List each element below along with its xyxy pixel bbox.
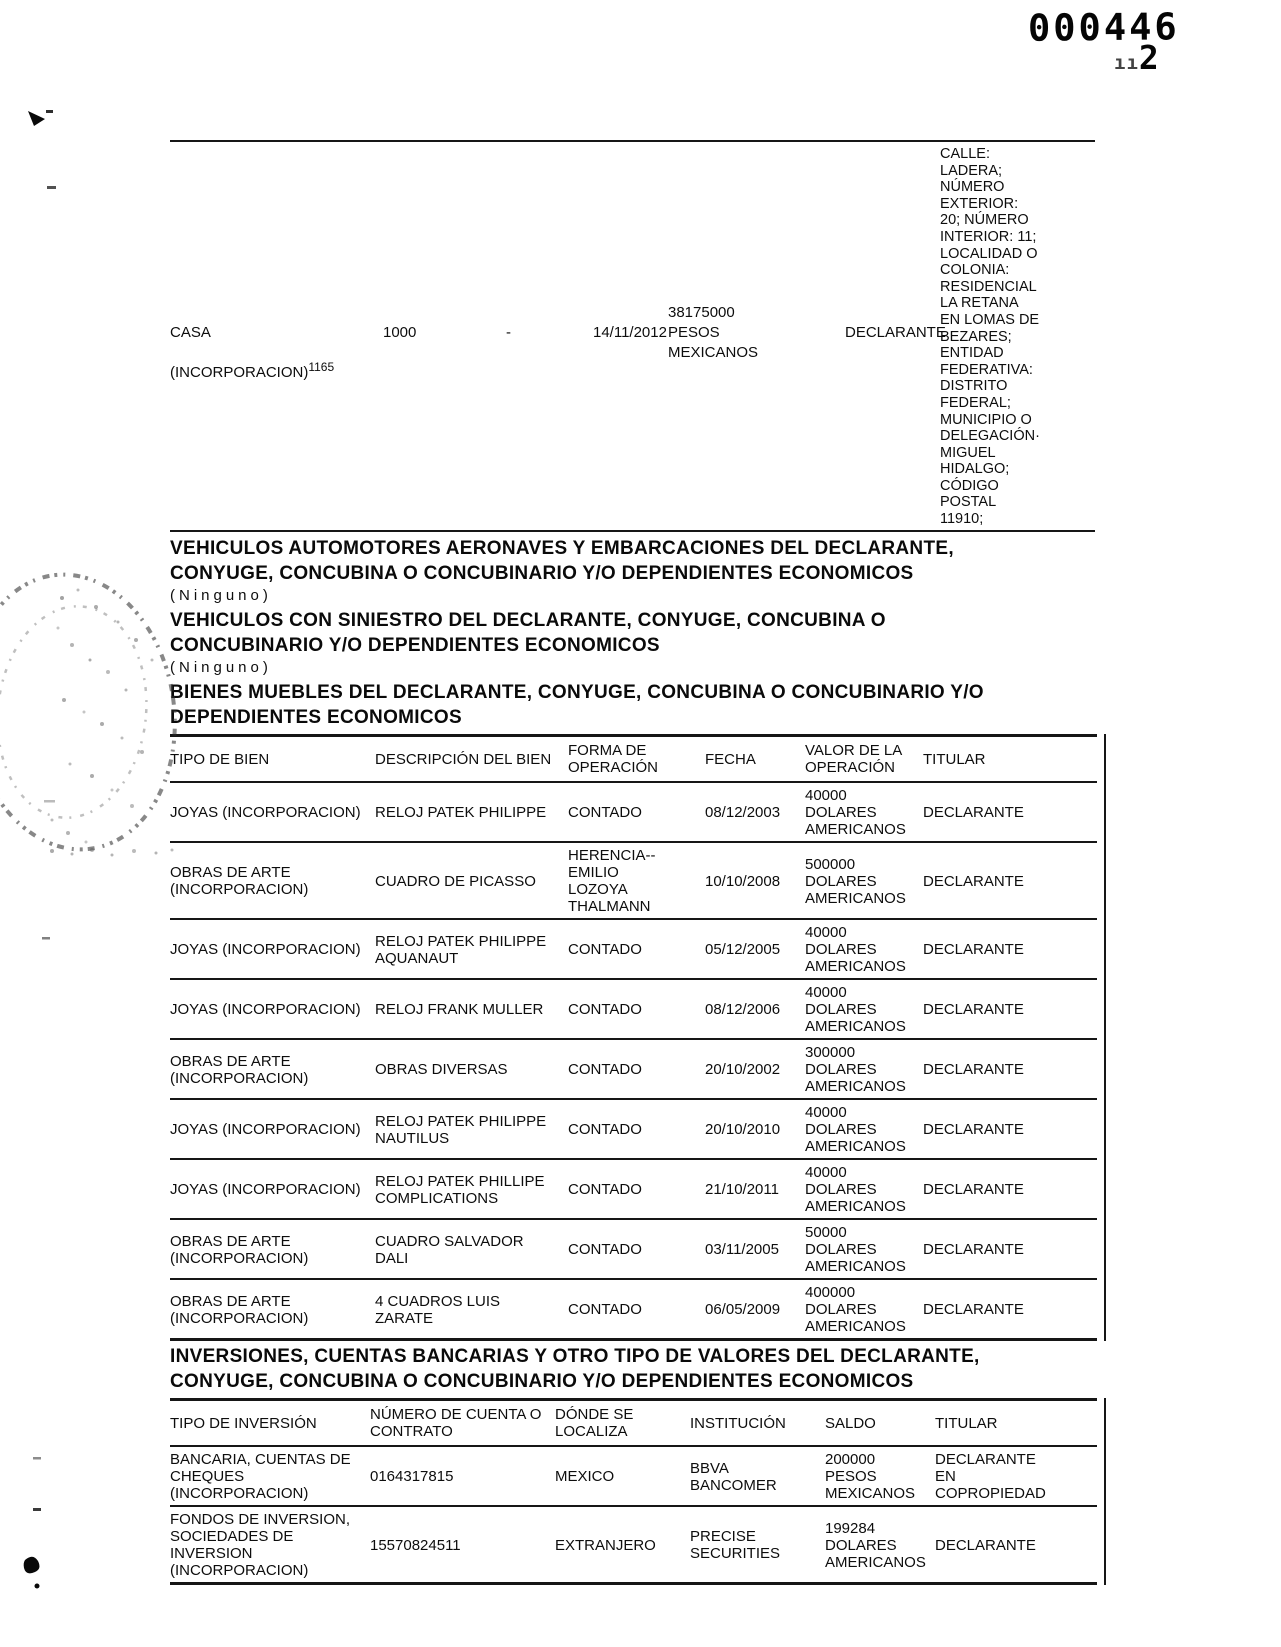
- property-fecha-cell: 14/11/2012: [593, 323, 667, 343]
- cell-valor: 40000 DOLARES AMERICANOS: [805, 979, 923, 1039]
- section-title-vehiculos-siniestro: VEHICULOS CON SINIESTRO DEL DECLARANTE, …: [170, 608, 1102, 658]
- cell-tipo: JOYAS (INCORPORACION): [170, 979, 375, 1039]
- property-tipo-line2: (INCORPORACION)1165: [170, 363, 385, 383]
- table-row: OBRAS DE ARTE (INCORPORACION) 4 CUADROS …: [170, 1279, 1097, 1340]
- section-title-bienes-muebles: BIENES MUEBLES DEL DECLARANTE, CONYUGE, …: [170, 680, 1102, 730]
- table-row: JOYAS (INCORPORACION) RELOJ PATEK PHILIP…: [170, 919, 1097, 979]
- section-title-inversiones: INVERSIONES, CUENTAS BANCARIAS Y OTRO TI…: [170, 1344, 1102, 1394]
- cell-tipo: JOYAS (INCORPORACION): [170, 782, 375, 842]
- cell-valor: 500000 DOLARES AMERICANOS: [805, 842, 923, 919]
- table-row: OBRAS DE ARTE (INCORPORACION) OBRAS DIVE…: [170, 1039, 1097, 1099]
- cell-numero-cuenta: 15570824511: [370, 1506, 555, 1584]
- col-header-tipo-de-bien: TIPO DE BIEN: [170, 736, 375, 783]
- table-right-border: [1104, 734, 1106, 1341]
- cell-titular: DECLARANTE: [923, 782, 1097, 842]
- cell-valor: 400000 DOLARES AMERICANOS: [805, 1279, 923, 1340]
- stamp-artifact: ıı: [1114, 52, 1139, 74]
- cell-titular: DECLARANTE: [923, 919, 1097, 979]
- cell-tipo: OBRAS DE ARTE (INCORPORACION): [170, 1219, 375, 1279]
- cell-titular: DECLARANTE: [923, 1039, 1097, 1099]
- bienes-muebles-table: TIPO DE BIEN DESCRIPCIÓN DEL BIEN FORMA …: [170, 734, 1097, 1341]
- col-header-titular: TITULAR: [923, 736, 1097, 783]
- cell-tipo: JOYAS (INCORPORACION): [170, 1159, 375, 1219]
- section-title-vehiculos: VEHICULOS AUTOMOTORES AERONAVES Y EMBARC…: [170, 536, 1102, 586]
- cell-valor: 40000 DOLARES AMERICANOS: [805, 1159, 923, 1219]
- cell-forma: CONTADO: [568, 1039, 705, 1099]
- cell-titular: DECLARANTE: [923, 1099, 1097, 1159]
- cell-descripcion: CUADRO DE PICASSO: [375, 842, 568, 919]
- property-tipo-cell: CASA (INCORPORACION)1165: [170, 303, 385, 403]
- cell-forma: CONTADO: [568, 1219, 705, 1279]
- cell-valor: 40000 DOLARES AMERICANOS: [805, 782, 923, 842]
- notary-round-stamp: [0, 561, 192, 863]
- cell-tipo: OBRAS DE ARTE (INCORPORACION): [170, 1039, 375, 1099]
- cell-titular-inv: DECLARANTE EN COPROPIEDAD: [935, 1446, 1097, 1506]
- col-header-donde-localiza: DÓNDE SE LOCALIZA: [555, 1400, 690, 1447]
- property-superficie-cell: 1000: [383, 323, 416, 343]
- table-row: FONDOS DE INVERSION, SOCIEDADES DE INVER…: [170, 1506, 1097, 1584]
- cell-fecha: 08/12/2003: [705, 782, 805, 842]
- cell-tipo: JOYAS (INCORPORACION): [170, 919, 375, 979]
- property-tipo-text: (INCORPORACION): [170, 364, 308, 381]
- cell-titular: DECLARANTE: [923, 842, 1097, 919]
- col-header-institucion: INSTITUCIÓN: [690, 1400, 825, 1447]
- top-left-ink-blob: [28, 110, 56, 189]
- cell-fecha: 08/12/2006: [705, 979, 805, 1039]
- page-number: 2: [1139, 38, 1159, 77]
- cell-donde-localiza: MEXICO: [555, 1446, 690, 1506]
- cell-descripcion: RELOJ PATEK PHILIPPE NAUTILUS: [375, 1099, 568, 1159]
- property-titular-cell: DECLARANTE: [845, 323, 946, 343]
- col-header-titular-inv: TITULAR: [935, 1400, 1097, 1447]
- table-row: OBRAS DE ARTE (INCORPORACION) CUADRO DE …: [170, 842, 1097, 919]
- cell-forma: CONTADO: [568, 919, 705, 979]
- col-header-tipo-inversion: TIPO DE INVERSIÓN: [170, 1400, 370, 1447]
- cell-titular: DECLARANTE: [923, 1279, 1097, 1340]
- cell-institucion: PRECISE SECURITIES: [690, 1506, 825, 1584]
- col-header-valor-operacion: VALOR DE LA OPERACIÓN: [805, 736, 923, 783]
- cell-valor: 40000 DOLARES AMERICANOS: [805, 919, 923, 979]
- section-value-vehiculos: (Ninguno): [170, 587, 1102, 605]
- cell-titular: DECLARANTE: [923, 979, 1097, 1039]
- bienes-header-row: TIPO DE BIEN DESCRIPCIÓN DEL BIEN FORMA …: [170, 736, 1097, 783]
- cell-titular: DECLARANTE: [923, 1159, 1097, 1219]
- cell-valor: 50000 DOLARES AMERICANOS: [805, 1219, 923, 1279]
- inversiones-table: TIPO DE INVERSIÓN NÚMERO DE CUENTA O CON…: [170, 1398, 1097, 1585]
- page-number-stamp: ıı2: [1114, 38, 1159, 77]
- cell-descripcion: RELOJ PATEK PHILLIPE COMPLICATIONS: [375, 1159, 568, 1219]
- cell-institucion: BBVA BANCOMER: [690, 1446, 825, 1506]
- cell-valor: 40000 DOLARES AMERICANOS: [805, 1099, 923, 1159]
- cell-fecha: 06/05/2009: [705, 1279, 805, 1340]
- cell-titular: DECLARANTE: [923, 1219, 1097, 1279]
- cell-descripcion: RELOJ PATEK PHILIPPE AQUANAUT: [375, 919, 568, 979]
- table-right-border: [1104, 1398, 1106, 1585]
- cell-tipo-inversion: FONDOS DE INVERSION, SOCIEDADES DE INVER…: [170, 1506, 370, 1584]
- property-tipo-line1: CASA: [170, 323, 385, 343]
- table-top-rule: [170, 140, 1095, 142]
- cell-saldo: 199284 DOLARES AMERICANOS: [825, 1506, 935, 1584]
- property-footnote: 1165: [308, 360, 334, 374]
- cell-descripcion: CUADRO SALVADOR DALI: [375, 1219, 568, 1279]
- cell-forma: HERENCIA--EMILIO LOZOYA THALMANN: [568, 842, 705, 919]
- cell-fecha: 21/10/2011: [705, 1159, 805, 1219]
- cell-numero-cuenta: 0164317815: [370, 1446, 555, 1506]
- table-row: JOYAS (INCORPORACION) RELOJ PATEK PHILIP…: [170, 782, 1097, 842]
- cell-tipo: OBRAS DE ARTE (INCORPORACION): [170, 842, 375, 919]
- inversiones-header-row: TIPO DE INVERSIÓN NÚMERO DE CUENTA O CON…: [170, 1400, 1097, 1447]
- cell-tipo-inversion: BANCARIA, CUENTAS DE CHEQUES (INCORPORAC…: [170, 1446, 370, 1506]
- cell-tipo: JOYAS (INCORPORACION): [170, 1099, 375, 1159]
- cell-valor: 300000 DOLARES AMERICANOS: [805, 1039, 923, 1099]
- col-header-numero-cuenta: NÚMERO DE CUENTA O CONTRATO: [370, 1400, 555, 1447]
- cell-descripcion: OBRAS DIVERSAS: [375, 1039, 568, 1099]
- cell-fecha: 10/10/2008: [705, 842, 805, 919]
- cell-donde-localiza: EXTRANJERO: [555, 1506, 690, 1584]
- col-header-forma-operacion: FORMA DE OPERACIÓN: [568, 736, 705, 783]
- property-valor-cell: 38175000 PESOS MEXICANOS: [668, 303, 818, 363]
- cell-saldo: 200000 PESOS MEXICANOS: [825, 1446, 935, 1506]
- table-row: OBRAS DE ARTE (INCORPORACION) CUADRO SAL…: [170, 1219, 1097, 1279]
- scanned-document-page: 000446 ıı2 CASA (INCORPORACION)1165 1000…: [0, 0, 1281, 1647]
- cell-fecha: 03/11/2005: [705, 1219, 805, 1279]
- sections-content: VEHICULOS AUTOMOTORES AERONAVES Y EMBARC…: [170, 536, 1102, 1585]
- cell-forma: CONTADO: [568, 979, 705, 1039]
- col-header-fecha: FECHA: [705, 736, 805, 783]
- cell-descripcion: 4 CUADROS LUIS ZARATE: [375, 1279, 568, 1340]
- col-header-descripcion: DESCRIPCIÓN DEL BIEN: [375, 736, 568, 783]
- col-header-saldo: SALDO: [825, 1400, 935, 1447]
- table-row: BANCARIA, CUENTAS DE CHEQUES (INCORPORAC…: [170, 1446, 1097, 1506]
- section-value-vehiculos-siniestro: (Ninguno): [170, 659, 1102, 677]
- cell-forma: CONTADO: [568, 782, 705, 842]
- property-ubicacion-cell: CALLE: LADERA; NÚMERO EXTERIOR: 20; NÚME…: [940, 146, 1070, 528]
- table-row: JOYAS (INCORPORACION) RELOJ FRANK MULLER…: [170, 979, 1097, 1039]
- cell-forma: CONTADO: [568, 1279, 705, 1340]
- table-row: JOYAS (INCORPORACION) RELOJ PATEK PHILIP…: [170, 1099, 1097, 1159]
- bottom-left-ink-blob: [24, 1508, 41, 1589]
- left-margin-small-marks: [33, 937, 50, 1460]
- cell-fecha: 20/10/2002: [705, 1039, 805, 1099]
- cell-fecha: 05/12/2005: [705, 919, 805, 979]
- bienes-muebles-table-wrap: TIPO DE BIEN DESCRIPCIÓN DEL BIEN FORMA …: [170, 734, 1097, 1341]
- cell-forma: CONTADO: [568, 1099, 705, 1159]
- cell-titular-inv: DECLARANTE: [935, 1506, 1097, 1584]
- cell-descripcion: RELOJ FRANK MULLER: [375, 979, 568, 1039]
- cell-forma: CONTADO: [568, 1159, 705, 1219]
- property-dash-cell: -: [506, 323, 511, 343]
- cell-fecha: 20/10/2010: [705, 1099, 805, 1159]
- cell-tipo: OBRAS DE ARTE (INCORPORACION): [170, 1279, 375, 1340]
- inversiones-table-wrap: TIPO DE INVERSIÓN NÚMERO DE CUENTA O CON…: [170, 1398, 1097, 1585]
- cell-descripcion: RELOJ PATEK PHILIPPE: [375, 782, 568, 842]
- table-bottom-rule: [170, 530, 1095, 532]
- table-row: JOYAS (INCORPORACION) RELOJ PATEK PHILLI…: [170, 1159, 1097, 1219]
